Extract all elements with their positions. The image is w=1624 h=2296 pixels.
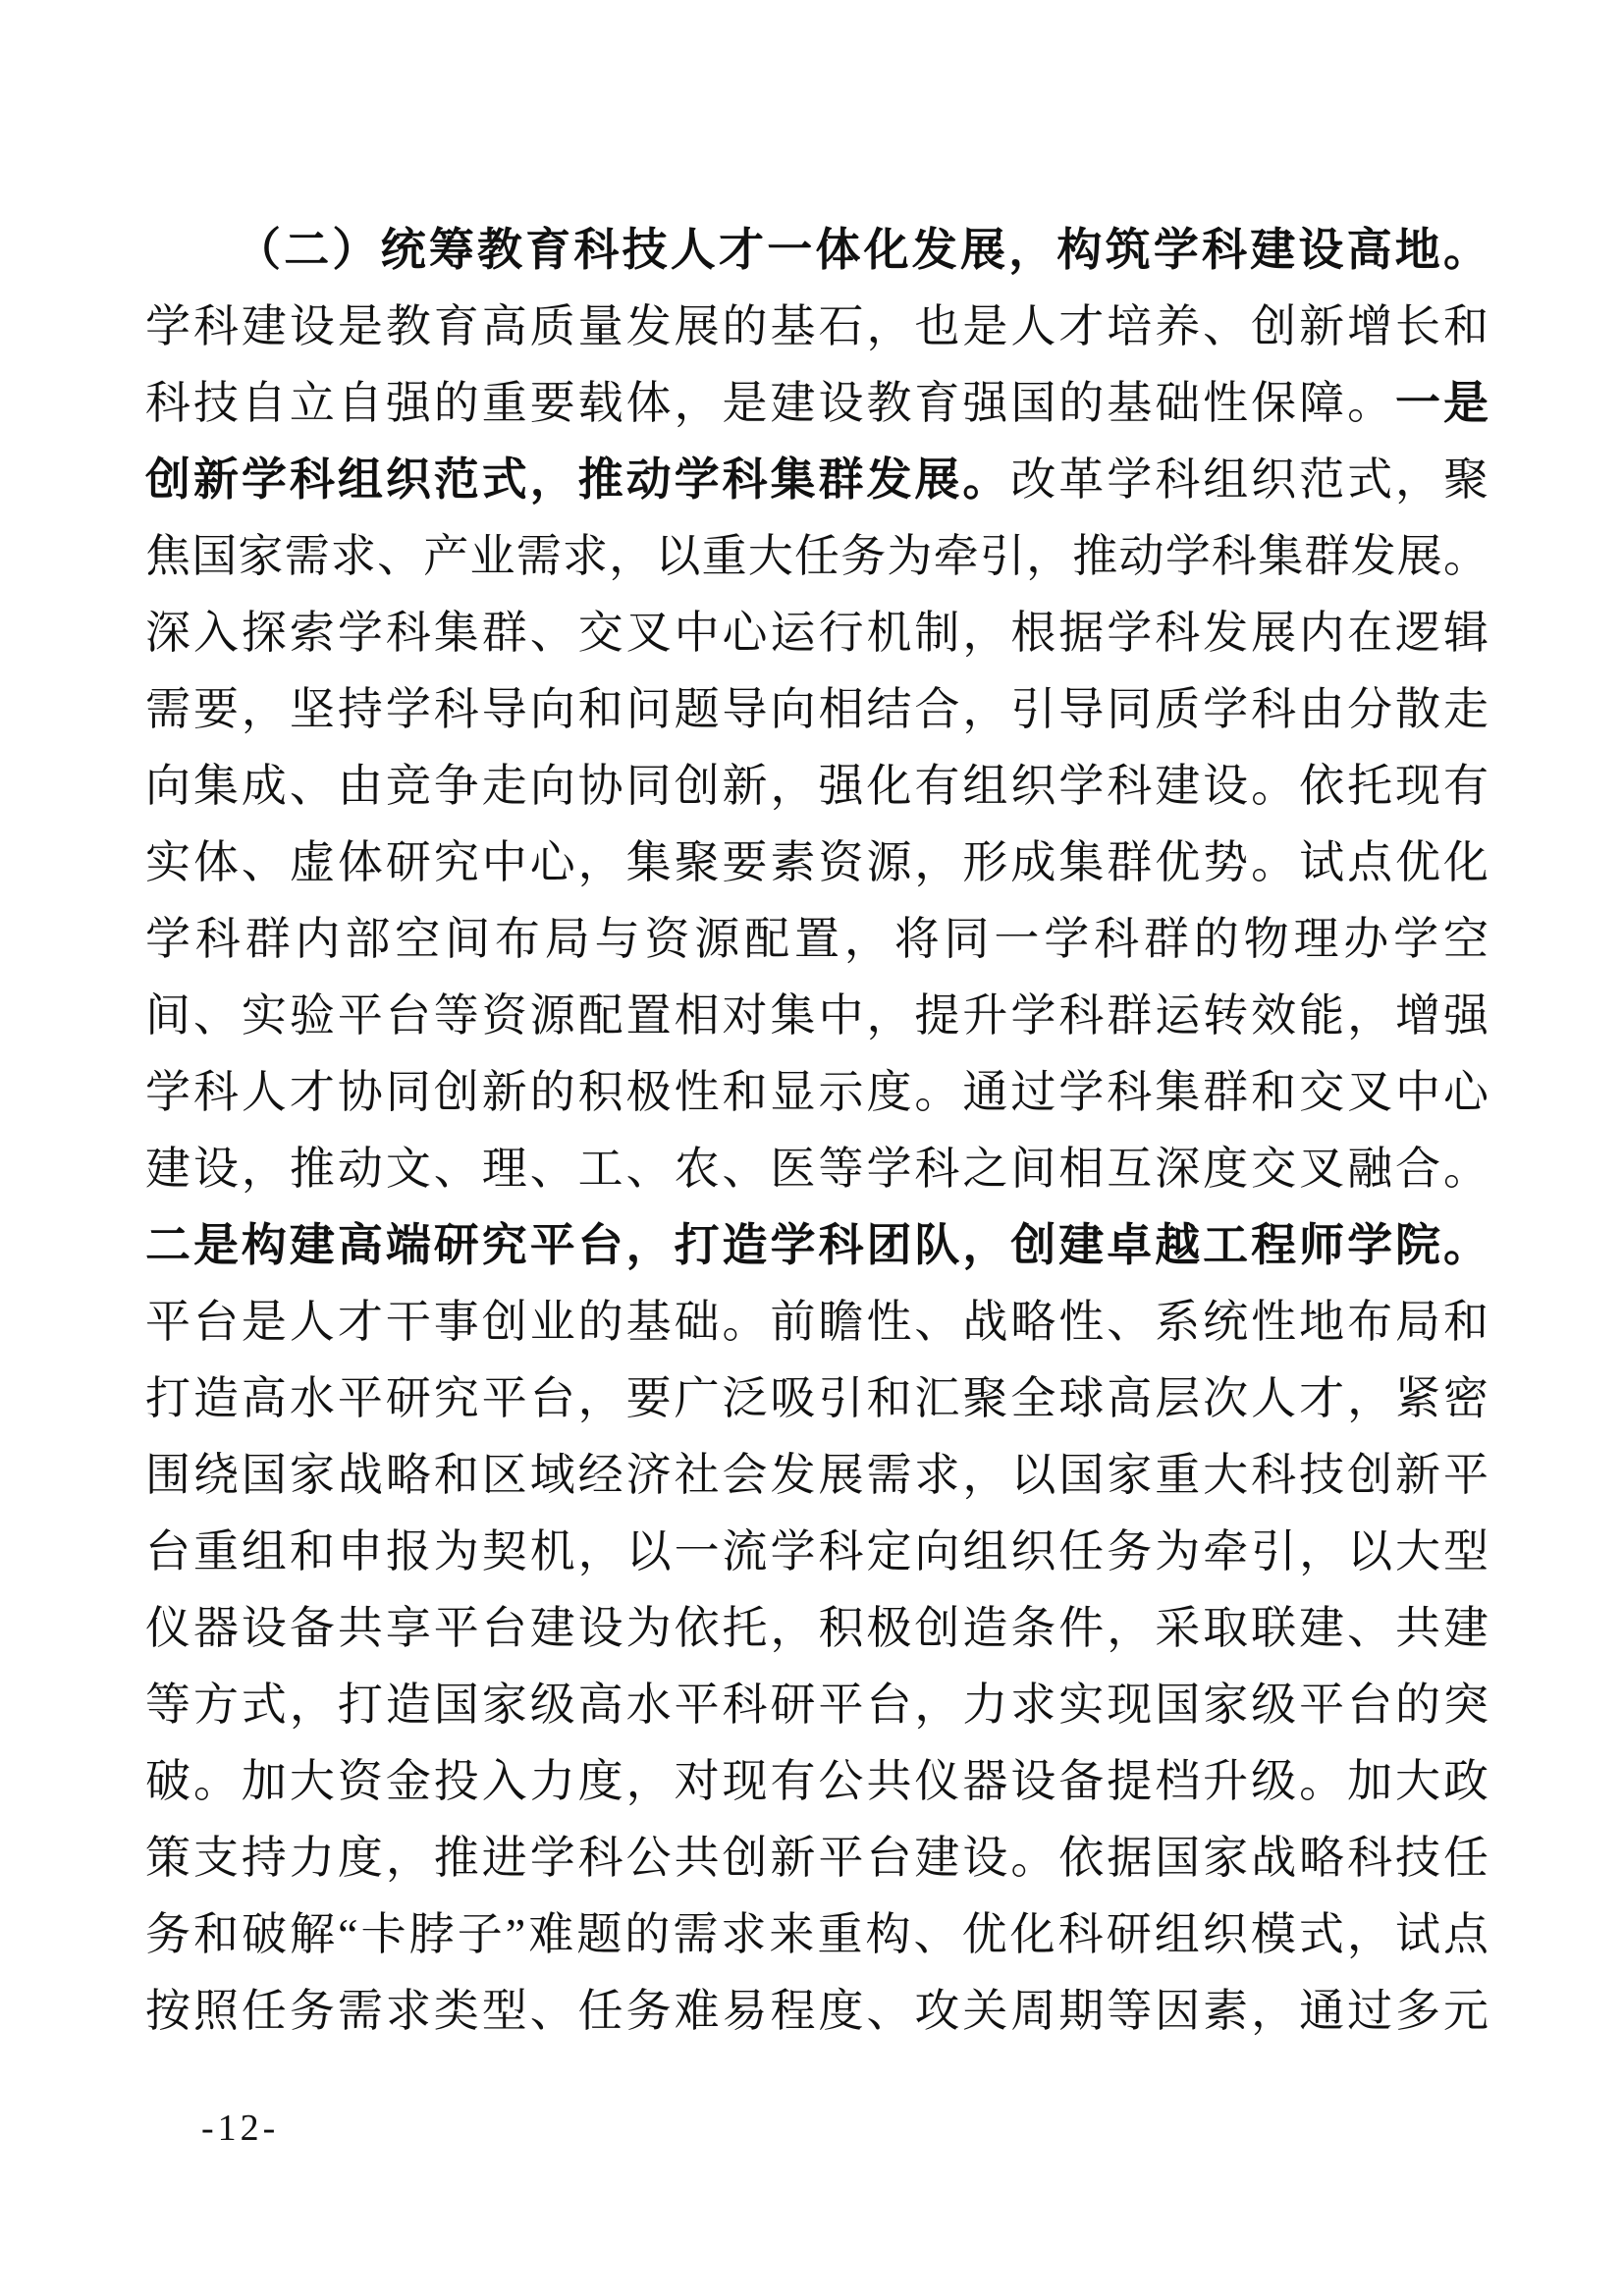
text-segment: 实体、虚体研究中心，集聚要素资源，形成集群优势。试点优化 [145, 837, 1489, 887]
text-line: 等方式，打造国家级高水平科研平台，力求实现国家级平台的突 [145, 1667, 1489, 1743]
text-segment: 台重组和申报为契机，以一流学科定向组织任务为牵引，以大型 [145, 1526, 1489, 1576]
text-segment: 深入探索学科集群、交叉中心运行机制，根据学科发展内在逻辑 [145, 608, 1489, 658]
text-line: 焦国家需求、产业需求，以重大任务为牵引，推动学科集群发展。 [145, 518, 1489, 595]
text-body: （二）统筹教育科技人才一体化发展，构筑学科建设高地。学科建设是教育高质量发展的基… [145, 212, 1489, 2050]
text-line: 学科人才协同创新的积极性和显示度。通过学科集群和交叉中心 [145, 1054, 1489, 1131]
text-line: 向集成、由竞争走向协同创新，强化有组织学科建设。依托现有 [145, 748, 1489, 825]
text-line: 建设，推动文、理、工、农、医等学科之间相互深度交叉融合。 [145, 1131, 1489, 1207]
page-number: -12- [201, 2107, 279, 2150]
text-line: 仪器设备共享平台建设为依托，积极创造条件，采取联建、共建 [145, 1590, 1489, 1667]
text-segment: 仪器设备共享平台建设为依托，积极创造条件，采取联建、共建 [145, 1603, 1489, 1653]
text-segment: 向集成、由竞争走向协同创新，强化有组织学科建设。依托现有 [145, 761, 1489, 811]
text-segment: 策支持力度，推进学科公共创新平台建设。依据国家战略科技任 [145, 1833, 1489, 1883]
text-line: 策支持力度，推进学科公共创新平台建设。依据国家战略科技任 [145, 1820, 1489, 1896]
text-segment: 建设，推动文、理、工、农、医等学科之间相互深度交叉融合。 [145, 1144, 1489, 1194]
text-line: 科技自立自强的重要载体，是建设教育强国的基础性保障。一是 [145, 365, 1489, 442]
text-segment: （二）统筹教育科技人才一体化发展，构筑学科建设高地。 [236, 225, 1489, 275]
text-segment: 二是构建高端研究平台，打造学科团队，创建卓越工程师学院。 [145, 1220, 1489, 1270]
text-segment: 学科人才协同创新的积极性和显示度。通过学科集群和交叉中心 [145, 1067, 1489, 1117]
text-segment: 围绕国家战略和区域经济社会发展需求，以国家重大科技创新平 [145, 1450, 1489, 1500]
document-page: （二）统筹教育科技人才一体化发展，构筑学科建设高地。学科建设是教育高质量发展的基… [0, 0, 1624, 2296]
text-segment: 科技自立自强的重要载体，是建设教育强国的基础性保障。 [145, 378, 1395, 428]
text-line: 学科群内部空间布局与资源配置，将同一学科群的物理办学空 [145, 901, 1489, 978]
text-segment: 平台是人才干事创业的基础。前瞻性、战略性、系统性地布局和 [145, 1297, 1489, 1347]
text-segment: 一是 [1395, 378, 1489, 428]
text-segment: 学科建设是教育高质量发展的基石，也是人才培养、创新增长和 [145, 301, 1489, 351]
text-line: 务和破解“卡脖子”难题的需求来重构、优化科研组织模式，试点 [145, 1896, 1489, 1973]
text-line: 平台是人才干事创业的基础。前瞻性、战略性、系统性地布局和 [145, 1284, 1489, 1361]
text-line: 围绕国家战略和区域经济社会发展需求，以国家重大科技创新平 [145, 1437, 1489, 1514]
text-segment: 按照任务需求类型、任务难易程度、攻关周期等因素，通过多元 [145, 1986, 1489, 2036]
text-line: 间、实验平台等资源配置相对集中，提升学科群运转效能，增强 [145, 978, 1489, 1054]
text-segment: 破。加大资金投入力度，对现有公共仪器设备提档升级。加大政 [145, 1756, 1489, 1806]
text-line: 按照任务需求类型、任务难易程度、攻关周期等因素，通过多元 [145, 1973, 1489, 2050]
text-line: 学科建设是教育高质量发展的基石，也是人才培养、创新增长和 [145, 289, 1489, 365]
text-segment: 间、实验平台等资源配置相对集中，提升学科群运转效能，增强 [145, 990, 1489, 1041]
text-segment: 创新学科组织范式，推动学科集群发展。 [145, 454, 1010, 505]
text-line: （二）统筹教育科技人才一体化发展，构筑学科建设高地。 [145, 212, 1489, 289]
text-line: 实体、虚体研究中心，集聚要素资源，形成集群优势。试点优化 [145, 825, 1489, 901]
text-segment: 学科群内部空间布局与资源配置，将同一学科群的物理办学空 [145, 914, 1489, 964]
text-segment: 需要，坚持学科导向和问题导向相结合，引导同质学科由分散走 [145, 684, 1489, 734]
text-line: 台重组和申报为契机，以一流学科定向组织任务为牵引，以大型 [145, 1514, 1489, 1590]
text-segment: 打造高水平研究平台，要广泛吸引和汇聚全球高层次人才，紧密 [145, 1373, 1489, 1423]
text-line: 创新学科组织范式，推动学科集群发展。改革学科组织范式，聚 [145, 442, 1489, 518]
text-segment: 务和破解“卡脖子”难题的需求来重构、优化科研组织模式，试点 [145, 1909, 1489, 1959]
text-line: 打造高水平研究平台，要广泛吸引和汇聚全球高层次人才，紧密 [145, 1361, 1489, 1437]
text-line: 破。加大资金投入力度，对现有公共仪器设备提档升级。加大政 [145, 1743, 1489, 1820]
text-segment: 等方式，打造国家级高水平科研平台，力求实现国家级平台的突 [145, 1680, 1489, 1730]
text-line: 深入探索学科集群、交叉中心运行机制，根据学科发展内在逻辑 [145, 595, 1489, 671]
text-segment: 改革学科组织范式，聚 [1010, 454, 1489, 505]
text-segment: 焦国家需求、产业需求，以重大任务为牵引，推动学科集群发展。 [145, 531, 1489, 581]
text-line: 二是构建高端研究平台，打造学科团队，创建卓越工程师学院。 [145, 1207, 1489, 1284]
text-line: 需要，坚持学科导向和问题导向相结合，引导同质学科由分散走 [145, 671, 1489, 748]
